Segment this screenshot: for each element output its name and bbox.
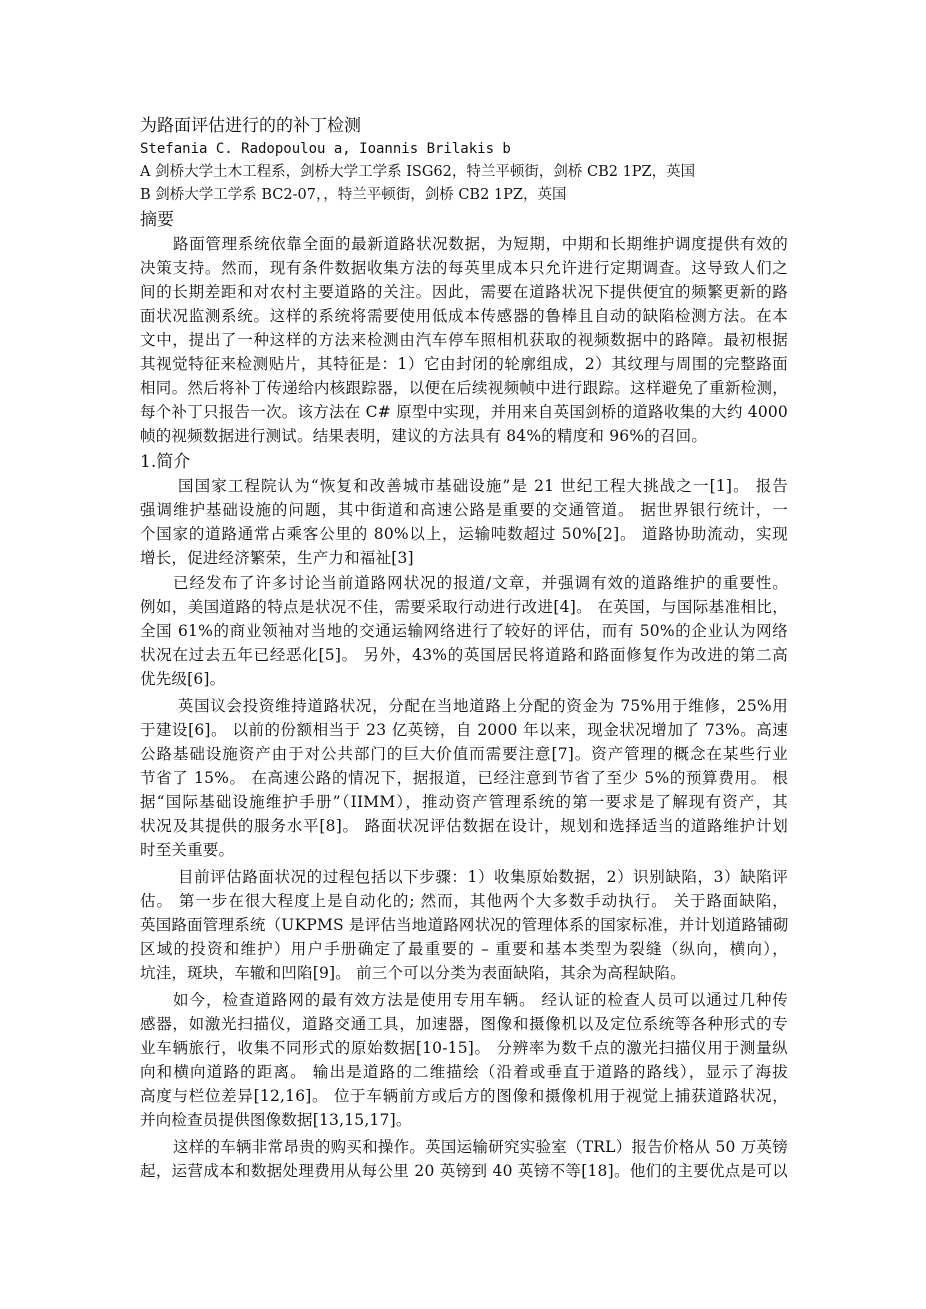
body-line: 区域的投资和维护）用户手册确定了最重要的 – 重要和基本类型为裂缝（纵向，横向）… — [140, 937, 788, 961]
intro-paragraph-4: 目前评估路面状况的过程包括以下步骤：1）收集原始数据，2）识别缺陷，3）缺陷评 … — [140, 865, 788, 985]
body-line: 时至关重要。 — [140, 838, 788, 862]
body-line: 全国 61%的商业领袖对当地的交通运输网络进行了较好的评估，而有 50%的企业认… — [140, 619, 788, 643]
body-line: 强调维护基础设施的问题，其中街道和高速公路是重要的交通管道。 据世界银行统计，一 — [140, 498, 788, 522]
body-line: 起，运营成本和数据处理费用从每公里 20 英镑到 40 英镑不等[18]。他们的… — [140, 1159, 788, 1183]
body-line: 业车辆旅行，收集不同形式的原始数据[10-15]。 分辨率为数千点的激光扫描仪用… — [140, 1036, 788, 1060]
body-line: 状况及其提供的服务水平[8]。 路面状况评估数据在设计，规划和选择适当的道路维护… — [140, 814, 788, 838]
body-line: 如今，检查道路网的最有效方法是使用专用车辆。 经认证的检查人员可以通过几种传 — [140, 988, 788, 1012]
abstract-heading: 摘要 — [140, 208, 788, 232]
abstract-line: 路面管理系统依靠全面的最新道路状况数据，为短期，中期和长期维护调度提供有效的 — [140, 232, 788, 256]
abstract-line: 帧的视频数据进行测试。结果表明，建议的方法具有 84%的精度和 96%的召回。 — [140, 424, 788, 448]
body-line: 英国议会投资维持道路状况，分配在当地道路上分配的资金为 75%用于维修，25%用 — [140, 694, 788, 718]
abstract-line: 文中，提出了一种这样的方法来检测由汽车停车照相机获取的视频数据中的路障。最初根据 — [140, 328, 788, 352]
body-line: 这样的车辆非常昂贵的购买和操作。英国运输研究实验室（TRL）报告价格从 50 万… — [140, 1135, 788, 1159]
body-line: 个国家的道路通常占乘客公里的 80%以上，运输吨数超过 50%[2]。 道路协助… — [140, 522, 788, 546]
body-line: 高度与栏位差异[12,16]。 位于车辆前方或后方的图像和摄像机用于视觉上捕获道… — [140, 1084, 788, 1108]
abstract-line: 每个补丁只报告一次。该方法在 C# 原型中实现，并用来自英国剑桥的道路收集的大约… — [140, 400, 788, 424]
body-line: 公路基础设施资产由于对公共部门的巨大价值而需要注意[7]。资产管理的概念在某些行… — [140, 742, 788, 766]
body-line: 国国家工程院认为“恢复和改善城市基础设施”是 21 世纪工程大挑战之一[1]。 … — [140, 474, 788, 498]
body-line: 已经发布了许多讨论当前道路网状况的报道/文章，并强调有效的道路维护的重要性。 — [140, 571, 788, 595]
section-heading-introduction: 1.简介 — [140, 450, 788, 474]
document-page: 为路面评估进行的的补丁检测 Stefania C. Radopoulou a, … — [140, 114, 788, 1183]
body-line: 感器，如激光扫描仪，道路交通工具，加速器，图像和摄像机以及定位系统等各种形式的专 — [140, 1012, 788, 1036]
body-line: 节省了 15%。 在高速公路的情况下，据报道，已经注意到节省了至少 5%的预算费… — [140, 766, 788, 790]
body-line: 优先级[6]。 — [140, 667, 788, 691]
intro-paragraph-6: 这样的车辆非常昂贵的购买和操作。英国运输研究实验室（TRL）报告价格从 50 万… — [140, 1135, 788, 1183]
intro-paragraph-2: 已经发布了许多讨论当前道路网状况的报道/文章，并强调有效的道路维护的重要性。 例… — [140, 571, 788, 691]
abstract-line: 其视觉特征来检测贴片，其特征是：1）它由封闭的轮廓组成，2）其纹理与周围的完整路… — [140, 352, 788, 376]
abstract-paragraph: 路面管理系统依靠全面的最新道路状况数据，为短期，中期和长期维护调度提供有效的 决… — [140, 232, 788, 448]
body-line: 并向检查员提供图像数据[13,15,17]。 — [140, 1108, 788, 1132]
abstract-line: 相同。然后将补丁传递给内核跟踪器，以便在后续视频帧中进行跟踪。这样避免了重新检测… — [140, 376, 788, 400]
body-line: 例如，美国道路的特点是状况不佳，需要采取行动进行改进[4]。 在英国，与国际基准… — [140, 595, 788, 619]
abstract-line: 面状况监测系统。这样的系统将需要使用低成本传感器的鲁棒且自动的缺陷检测方法。在本 — [140, 304, 788, 328]
body-line: 坑洼，斑块，车辙和凹陷[9]。 前三个可以分类为表面缺陷，其余为高程缺陷。 — [140, 961, 788, 985]
abstract-line: 间的长期差距和对农村主要道路的关注。因此，需要在道路状况下提供便宜的频繁更新的路 — [140, 280, 788, 304]
abstract-line: 决策支持。然而，现有条件数据收集方法的每英里成本只允许进行定期调查。这导致人们之 — [140, 256, 788, 280]
paper-title: 为路面评估进行的的补丁检测 — [140, 114, 788, 138]
affiliation-b: B 剑桥大学工学系 BC2-07，，特兰平顿街，剑桥 CB2 1PZ，英国 — [140, 184, 788, 207]
body-line: 增长，促进经济繁荣，生产力和福祉[3] — [140, 546, 788, 570]
body-line: 于建设[6]。 以前的份额相当于 23 亿英镑，自 2000 年以来，现金状况增… — [140, 718, 788, 742]
body-line: 状况在过去五年已经恶化[5]。 另外，43%的英国居民将道路和路面修复作为改进的… — [140, 643, 788, 667]
intro-paragraph-1: 国国家工程院认为“恢复和改善城市基础设施”是 21 世纪工程大挑战之一[1]。 … — [140, 474, 788, 570]
body-line: 英国路面管理系统（UKPMS 是评估当地道路网状况的管理体系的国家标准，并计划道… — [140, 913, 788, 937]
intro-paragraph-5: 如今，检查道路网的最有效方法是使用专用车辆。 经认证的检查人员可以通过几种传 感… — [140, 988, 788, 1132]
intro-paragraph-3: 英国议会投资维持道路状况，分配在当地道路上分配的资金为 75%用于维修，25%用… — [140, 694, 788, 862]
body-line: 估。 第一步在很大程度上是自动化的; 然而，其他两个大多数手动执行。 关于路面缺… — [140, 889, 788, 913]
author-list: Stefania C. Radopoulou a, Ioannis Brilak… — [140, 138, 788, 161]
body-line: 目前评估路面状况的过程包括以下步骤：1）收集原始数据，2）识别缺陷，3）缺陷评 — [140, 865, 788, 889]
affiliation-a: A 剑桥大学土木工程系，剑桥大学工学系 ISG62，特兰平顿街，剑桥 CB2 1… — [140, 161, 788, 184]
body-line: 据“国际基础设施维护手册”（IIMM），推动资产管理系统的第一要求是了解现有资产… — [140, 790, 788, 814]
body-line: 向和横向道路的距离。 输出是道路的二维描绘（沿着或垂直于道路的路线），显示了海拔 — [140, 1060, 788, 1084]
